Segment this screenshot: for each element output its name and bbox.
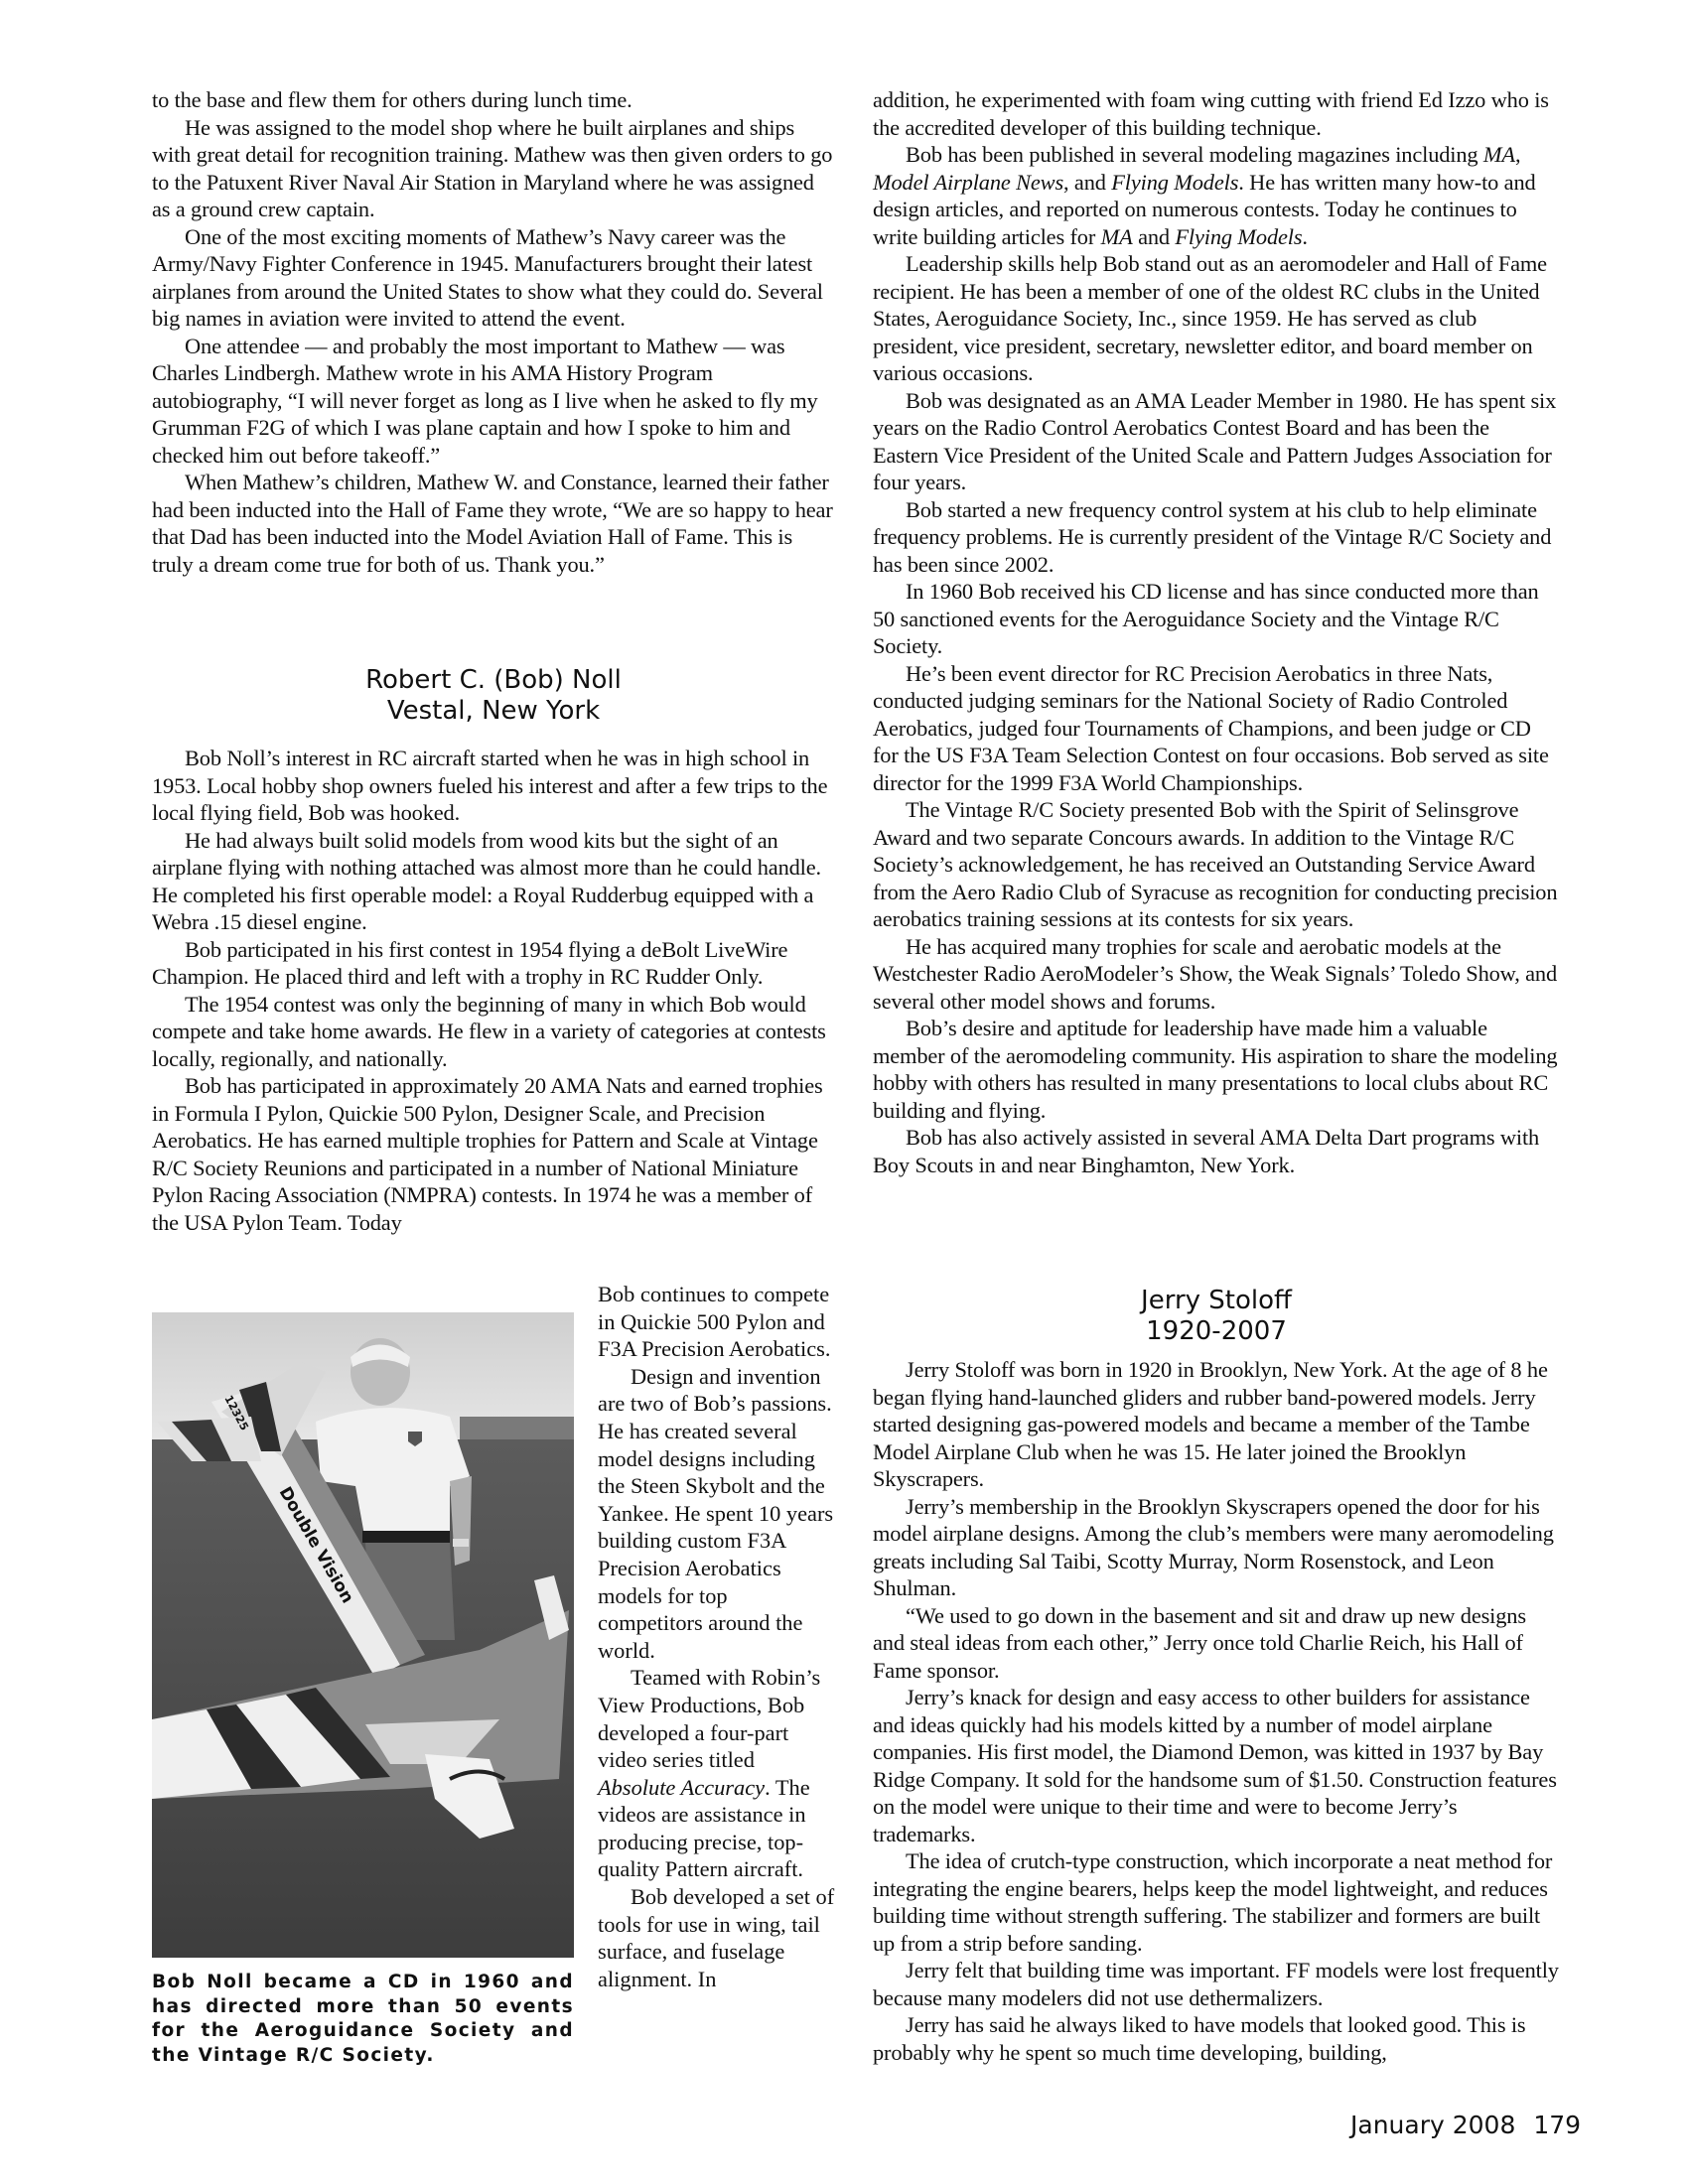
text-run: ,: [1515, 142, 1520, 167]
paragraph: Jerry Stoloff was born in 1920 in Brookl…: [873, 1356, 1560, 1493]
paragraph: Bob has participated in approximately 20…: [152, 1072, 835, 1236]
text-run: Bob has been published in several modeli…: [906, 142, 1483, 167]
page-footer: January 2008179: [1350, 2111, 1581, 2140]
heading-name: Jerry Stoloff: [873, 1286, 1560, 1316]
paragraph: The idea of crutch-type construction, wh…: [873, 1847, 1560, 1957]
paragraph: “We used to go down in the basement and …: [873, 1602, 1560, 1685]
section-heading-bob-noll: Robert C. (Bob) Noll Vestal, New York: [152, 665, 835, 727]
paragraph: Bob was designated as an AMA Leader Memb…: [873, 387, 1560, 496]
heading-location: Vestal, New York: [152, 696, 835, 727]
video-title: Absolute Accuracy: [598, 1775, 765, 1800]
paragraph: Teamed with Robin’s View Productions, Bo…: [598, 1664, 836, 1883]
paragraph: addition, he experimented with foam wing…: [873, 86, 1560, 141]
magazine-title: Flying Models: [1175, 224, 1302, 249]
paragraph: In 1960 Bob received his CD license and …: [873, 578, 1560, 660]
paragraph: Bob started a new frequency control syst…: [873, 496, 1560, 579]
paragraph: Bob Noll’s interest in RC aircraft start…: [152, 745, 835, 827]
paragraph: Design and invention are two of Bob’s pa…: [598, 1363, 836, 1665]
issue-date: January 2008: [1350, 2111, 1515, 2139]
right-column-bob-continued: addition, he experimented with foam wing…: [873, 86, 1560, 1178]
paragraph: He was assigned to the model shop where …: [152, 114, 835, 223]
paragraph: The Vintage R/C Society presented Bob wi…: [873, 796, 1560, 933]
magazine-title: Flying Models: [1111, 170, 1238, 195]
paragraph: Bob has been published in several modeli…: [873, 141, 1560, 250]
left-column-mathew-continued: to the base and flew them for others dur…: [152, 86, 835, 578]
jerry-stoloff-body: Jerry Stoloff was born in 1920 in Brookl…: [873, 1356, 1560, 2066]
page-number: 179: [1533, 2111, 1581, 2139]
heading-name: Robert C. (Bob) Noll: [152, 665, 835, 696]
paragraph: Bob continues to compete in Quickie 500 …: [598, 1281, 836, 1363]
section-heading-jerry-stoloff: Jerry Stoloff 1920-2007: [873, 1286, 1560, 1347]
paragraph: The 1954 contest was only the beginning …: [152, 991, 835, 1073]
paragraph: Bob developed a set of tools for use in …: [598, 1883, 836, 1992]
text-run: and: [1133, 224, 1176, 249]
text-run: Teamed with Robin’s View Productions, Bo…: [598, 1665, 820, 1772]
magazine-title: MA: [1483, 142, 1515, 167]
bob-noll-narrow-column: Bob continues to compete in Quickie 500 …: [598, 1281, 836, 1992]
paragraph: to the base and flew them for others dur…: [152, 86, 835, 114]
paragraph: He has acquired many trophies for scale …: [873, 933, 1560, 1016]
heading-years: 1920-2007: [873, 1316, 1560, 1347]
paragraph: Jerry’s knack for design and easy access…: [873, 1684, 1560, 1847]
paragraph: He had always built solid models from wo…: [152, 827, 835, 936]
paragraph: Bob has also actively assisted in severa…: [873, 1124, 1560, 1178]
magazine-title: MA: [1101, 224, 1133, 249]
paragraph: Jerry has said he always liked to have m…: [873, 2011, 1560, 2066]
bob-noll-body: Bob Noll’s interest in RC aircraft start…: [152, 745, 835, 1236]
paragraph: Leadership skills help Bob stand out as …: [873, 250, 1560, 387]
magazine-title: Model Airplane News: [873, 170, 1063, 195]
paragraph: One of the most exciting moments of Math…: [152, 223, 835, 333]
photo-caption: Bob Noll became a CD in 1960 and has dir…: [152, 1971, 574, 2068]
paragraph: Bob participated in his first contest in…: [152, 936, 835, 991]
photo-illustration: Double Vision 12325: [152, 1312, 574, 1958]
paragraph: One attendee — and probably the most imp…: [152, 333, 835, 470]
paragraph: Jerry felt that building time was import…: [873, 1957, 1560, 2011]
text-run: , and: [1063, 170, 1111, 195]
paragraph: When Mathew’s children, Mathew W. and Co…: [152, 469, 835, 578]
text-run: .: [1302, 224, 1307, 249]
photo-bob-noll-with-plane: Double Vision 12325: [152, 1312, 574, 1958]
paragraph: He’s been event director for RC Precisio…: [873, 660, 1560, 797]
paragraph: Jerry’s membership in the Brooklyn Skysc…: [873, 1493, 1560, 1602]
paragraph: Bob’s desire and aptitude for leadership…: [873, 1015, 1560, 1124]
